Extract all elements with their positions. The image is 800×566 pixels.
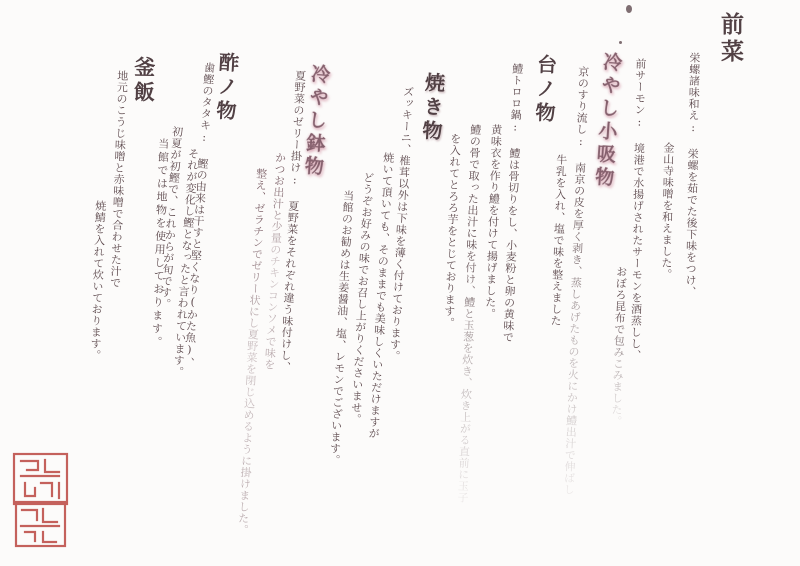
menu-text-column: 当館のお勧めは生姜醤油、塩、レモンでございます。 [327,190,356,466]
menu-text-column: 金山寺味噌を和えました。 [659,142,676,280]
menu-text-column: 焼鯖を入れて炊いております。 [87,200,108,361]
menu-text-column: 黄味衣を作り鱧を付けて揚げました。 [482,124,504,320]
section-title-yakimono: 焼き物 [420,71,444,144]
menu-text-column: 地元のこうじ味噌と赤味噌で合わせた汁で [107,70,130,289]
section-title-kamameshi: 釜飯 [133,56,155,106]
menu-text-column: 牛乳を入れ、塩で味を整えました [548,154,569,327]
menu-text-column: 栄螺諸味和え: 栄螺を茹でた後下味をつけ、 [683,52,702,298]
section-title-zensai: 前菜 [719,12,742,66]
red-seal-stamp [12,452,70,549]
menu-page: 前菜 栄螺諸味和え: 栄螺を茹でた後下味をつけ、 金山寺味噌を和えました。 前サ… [0,0,800,566]
menu-text-column: 前サーモン: 境港で水揚げされたサーモンを酒蒸しし、 [628,58,648,361]
scan-speck [432,88,435,90]
scan-speck [626,5,632,13]
scan-speck [619,41,622,44]
menu-text-column: を入れてとろろ芋をとじております。 [441,133,463,329]
menu-text-column: おぼろ昆布で包みこみました。 [608,266,629,427]
section-title-dainomono: 台ノ物 [533,54,556,127]
menu-text-column: 京のすり流し: 南京の皮を厚く剥き、蒸しあげたものを火にかけ鱧出汁で伸ばし [561,66,591,496]
menu-text-column: 鱧トロロ鍋: 鱧は骨切りをし、小麦粉と卵の黄味で [500,63,525,343]
section-title-hiyashi-kosuimono: 冷やし小吸物 [592,51,621,190]
section-title-sunomono: 酢ノ物 [214,51,238,124]
